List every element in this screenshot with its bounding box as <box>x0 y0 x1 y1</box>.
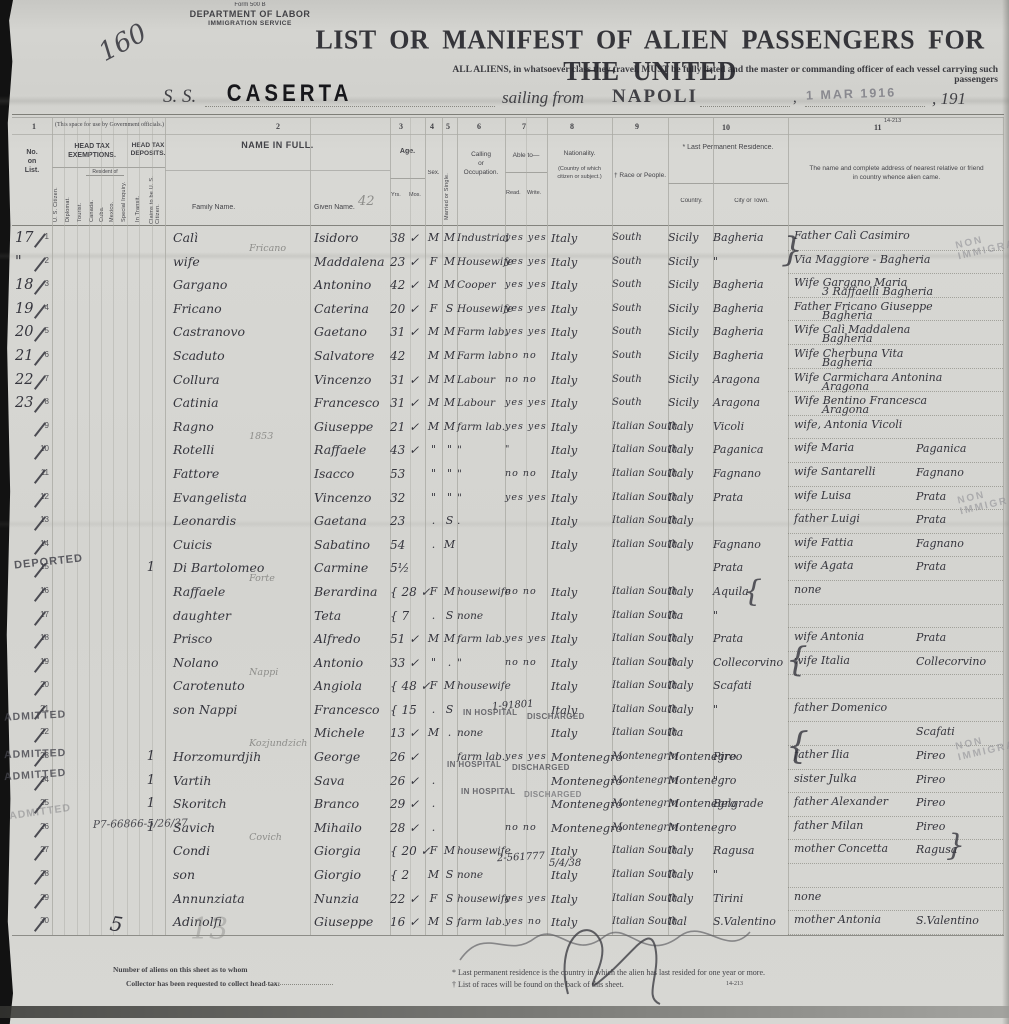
printed-line-number: 20 <box>40 680 49 689</box>
cell-read-write: yes yes <box>505 888 547 912</box>
cell-occupation: Housewife <box>457 298 505 322</box>
cell-given-name: Antonino <box>310 274 390 298</box>
cell-race: South <box>612 274 668 298</box>
cell-read-write: no no <box>505 817 547 841</box>
printed-line-number: 8 <box>45 397 49 406</box>
cell-nationality: Montenegro <box>547 817 612 841</box>
port-line <box>700 88 790 107</box>
cell-married-single: M <box>442 369 457 393</box>
cell-married-single: M <box>442 675 457 699</box>
cell-married-single <box>442 770 457 794</box>
cell-head-tax <box>52 628 165 652</box>
cell-occupation: Industrial <box>457 227 505 251</box>
cell-list-number: 12 <box>12 487 52 511</box>
cell-read-write <box>505 722 547 746</box>
pencil-scrawl <box>556 912 666 1012</box>
col-num-10: 10 <box>722 123 730 132</box>
cell-head-tax <box>52 439 165 463</box>
cell-occupation: " <box>457 439 505 463</box>
cell-sex: M <box>425 416 442 440</box>
cell-given-name: Francesco <box>310 392 390 416</box>
cell-read-write: yes yes <box>505 487 547 511</box>
cell-occupation: Farm lab. <box>457 321 505 345</box>
cell-age: 13 ✓ <box>390 722 425 746</box>
printed-line-number: 19 <box>40 657 49 666</box>
cell-race: Italian South <box>612 675 668 699</box>
col-num-6: 6 <box>477 122 481 131</box>
table-row: 22 Michele 13 ✓ M . none Italy Italian S… <box>12 722 1003 746</box>
cell-relative: mother AntoniaS.Valentino <box>788 911 1003 935</box>
header-last-residence: * Last Permanent Residence. <box>668 144 788 151</box>
cell-head-tax <box>52 227 165 251</box>
cell-head-tax <box>52 652 165 676</box>
cell-residence-country: Italy <box>668 888 713 912</box>
cell-relative: Father Fricano GiuseppeBagheria <box>788 298 1003 322</box>
cell-relative: mother ConcettaRagusa <box>788 840 1003 864</box>
in-hospital-stamp: IN HOSPITAL <box>461 787 515 796</box>
cell-nationality: Italy <box>547 369 612 393</box>
cell-age: 32 <box>390 487 425 511</box>
table-row: 19 Nolano Antonio 33 ✓ " . " no no Italy… <box>12 652 1003 676</box>
printed-line-number: 4 <box>45 303 49 312</box>
cell-residence-city: Bagheria <box>713 274 788 298</box>
cell-race: South <box>612 227 668 251</box>
cell-relative: wife, Antonia Vicoli <box>788 416 1003 440</box>
cell-occupation <box>457 793 505 817</box>
cell-sex: . <box>425 770 442 794</box>
cell-read-write: no no <box>505 652 547 676</box>
cell-list-number: 14 <box>12 534 52 558</box>
cell-family-name: Cuicis <box>165 534 310 558</box>
table-row: 183 Gargano Antonino 42 ✓ M M Cooper yes… <box>12 274 1003 298</box>
cell-age: 53 <box>390 463 425 487</box>
cell-age: 23 <box>390 510 425 534</box>
cell-race: South <box>612 345 668 369</box>
table-row: 25 1 Skoritch Branco 29 ✓ . Montenegro M… <box>12 793 1003 817</box>
rule <box>668 183 788 184</box>
cell-residence-city: Aragona <box>713 369 788 393</box>
cell-residence-city: Bagheria <box>713 298 788 322</box>
cell-list-number: 194 <box>12 298 52 322</box>
cell-sex: " <box>425 652 442 676</box>
cell-head-tax <box>52 605 165 629</box>
col-num-1: 1 <box>32 122 36 131</box>
cell-list-number: 216 <box>12 345 52 369</box>
printed-line-number: 28 <box>40 869 49 878</box>
cell-residence-country: Italy <box>668 699 713 723</box>
table-row: 205 Castranovo Gaetano 31 ✓ M M Farm lab… <box>12 321 1003 345</box>
printed-line-number: 3 <box>45 279 49 288</box>
cell-nationality: Italy <box>547 345 612 369</box>
cell-family-name: Skoritch <box>165 793 310 817</box>
footer-note-races: † List of races will be found on the bac… <box>452 980 852 989</box>
table-row: 28 son Giorgio { 2 M S none Italy Italia… <box>12 864 1003 888</box>
printed-line-number: 13 <box>40 515 49 524</box>
footer-aliens-line1: Number of aliens on this sheet as to who… <box>113 965 247 974</box>
cell-given-name: Mihailo <box>310 817 390 841</box>
footer-note-residence: * Last permanent residence is the countr… <box>452 968 942 977</box>
header-married-single: Married or Single. <box>445 152 451 220</box>
header-read: Read. <box>506 190 521 196</box>
cell-race: South <box>612 321 668 345</box>
cell-list-number: 19 <box>12 652 52 676</box>
cell-sex: . <box>425 510 442 534</box>
cell-given-name: Giuseppe <box>310 416 390 440</box>
cell-list-number: 16 <box>12 581 52 605</box>
cell-residence-country: Sicily <box>668 321 713 345</box>
cell-relative: Wife Gargano Maria3 Raffaelli Bagheria <box>788 274 1003 298</box>
table-row: 12 Evangelista Vincenzo 32 " " " yes yes… <box>12 487 1003 511</box>
cell-sex: M <box>425 345 442 369</box>
ink-date-row28: 5/4/38 <box>549 858 581 869</box>
cell-relative: wife AgataPrata <box>788 557 1003 581</box>
cell-married-single: S <box>442 864 457 888</box>
cell-race: Italian South <box>612 864 668 888</box>
cell-race: South <box>612 369 668 393</box>
cell-relative: Wife Carmichara AntoninaAragona <box>788 369 1003 393</box>
cell-age: 26 ✓ <box>390 770 425 794</box>
cell-nationality <box>547 557 612 581</box>
table-row: 23 1 HorzomurdjihKozjundzich George 26 ✓… <box>12 746 1003 770</box>
cell-race: South <box>612 392 668 416</box>
cell-family-name: Vartih <box>165 770 310 794</box>
cell-residence-country: Ita <box>668 722 713 746</box>
cell-head-tax <box>52 369 165 393</box>
header-relative-note: The name and complete address of nearest… <box>790 164 1003 182</box>
cell-married-single: S <box>442 510 457 534</box>
cell-relative: wife ItaliaCollecorvino <box>788 652 1003 676</box>
cell-residence-city: " <box>713 864 788 888</box>
header-name-in-full: NAME IN FULL. <box>165 140 390 150</box>
cell-occupation: Farm lab. <box>457 345 505 369</box>
brace-mark: } <box>946 828 965 863</box>
cell-occupation: none <box>457 722 505 746</box>
printed-line-number: 18 <box>40 633 49 642</box>
cell-sex <box>425 557 442 581</box>
pencil-count: 42 <box>358 194 375 209</box>
cell-sex: F <box>425 675 442 699</box>
cell-head-tax <box>52 345 165 369</box>
header-head-tax-deposits: HEAD TAX DEPOSITS. <box>130 142 166 158</box>
cell-list-number: 17 <box>12 605 52 629</box>
cell-head-tax <box>52 274 165 298</box>
cell-relative: father Domenico <box>788 699 1003 723</box>
cell-read-write <box>505 510 547 534</box>
cell-given-name: Isacco <box>310 463 390 487</box>
cell-given-name: Michele <box>310 722 390 746</box>
header-country: Country. <box>670 198 713 204</box>
cell-sex: M <box>425 227 442 251</box>
rule <box>52 167 165 168</box>
cell-occupation: farm lab. <box>457 628 505 652</box>
cell-age: 31 ✓ <box>390 392 425 416</box>
cell-family-name: CondiCovich <box>165 840 310 864</box>
cell-family-name: Rotelli1853 <box>165 439 310 463</box>
cell-married-single: M <box>442 628 457 652</box>
pencil-page-number: 160 <box>94 18 152 68</box>
cell-age: 23 ✓ <box>390 251 425 275</box>
cell-head-tax: 1 <box>52 770 165 794</box>
brace-mark: { <box>786 726 809 767</box>
cell-age: { 28 ✓ <box>390 581 425 605</box>
cell-race: Italian South <box>612 463 668 487</box>
cell-sex: . <box>425 534 442 558</box>
cell-residence-country: Sicily <box>668 345 713 369</box>
rule <box>12 134 1004 135</box>
cell-married-single <box>442 557 457 581</box>
cell-family-name: Evangelista <box>165 487 310 511</box>
cell-family-name: son Nappi <box>165 699 310 723</box>
cell-residence-country: Sicily <box>668 227 713 251</box>
cell-read-write: yes yes <box>505 628 547 652</box>
table-row: 14 Cuicis Sabatino 54 . M Italy Italian … <box>12 534 1003 558</box>
pencil-note: Covich <box>249 833 282 843</box>
cell-race: South <box>612 298 668 322</box>
cell-list-number: 227 <box>12 369 52 393</box>
cell-married-single <box>442 793 457 817</box>
form-department: DEPARTMENT OF LABOR <box>160 9 340 19</box>
table-row: 194 Fricano Caterina 20 ✓ F S Housewife … <box>12 298 1003 322</box>
cell-age: 33 ✓ <box>390 652 425 676</box>
cell-family-name: RaffaeleForte <box>165 581 310 605</box>
table-row: 17 daughter Teta { 7 . S none Italy Ital… <box>12 605 1003 629</box>
cell-given-name: Raffaele <box>310 439 390 463</box>
cell-read-write: yes yes <box>505 274 547 298</box>
pencil-note: Nappi <box>249 668 278 678</box>
paper-bottom-edge <box>0 1006 1009 1018</box>
cell-read-write: no no <box>505 581 547 605</box>
printed-line-number: 26 <box>40 822 49 831</box>
cell-relative: none <box>788 888 1003 912</box>
brace-mark: { <box>786 640 808 680</box>
cell-given-name: Teta <box>310 605 390 629</box>
cell-read-write <box>505 675 547 699</box>
cell-sex: M <box>425 911 442 935</box>
cell-residence-city: Tirini <box>713 888 788 912</box>
in-hospital-stamp: IN HOSPITAL <box>447 760 501 769</box>
cell-given-name: Branco <box>310 793 390 817</box>
cell-family-name: son <box>165 864 310 888</box>
cell-list-number: 22 <box>12 722 52 746</box>
cell-occupation: Labour <box>457 392 505 416</box>
cell-married-single: . <box>442 722 457 746</box>
cell-sex: M <box>425 274 442 298</box>
cell-family-name: CarotenutoNappi <box>165 675 310 699</box>
cell-race: Italian South <box>612 487 668 511</box>
header-sex: Sex. <box>424 170 443 176</box>
cell-age: { 7 <box>390 605 425 629</box>
admitted-stamp: ADMITTED <box>4 747 67 761</box>
comma: , <box>793 90 797 107</box>
printed-line-number: 6 <box>45 350 49 359</box>
cell-family-name: Scaduto <box>165 345 310 369</box>
cell-read-write <box>505 605 547 629</box>
cell-head-tax <box>52 487 165 511</box>
cell-nationality: Italy <box>547 321 612 345</box>
cell-family-name: wifeFricano <box>165 251 310 275</box>
cell-residence-country: Italy <box>668 840 713 864</box>
header-calling: Calling or Occupation. <box>457 150 505 177</box>
cell-read-write: yes yes <box>505 392 547 416</box>
cell-residence-country: Montenegro <box>668 746 713 770</box>
cell-age: 22 ✓ <box>390 888 425 912</box>
pencil-note: Kozjundzich <box>249 739 307 749</box>
cell-read-write: yes yes <box>505 298 547 322</box>
cell-occupation: Cooper <box>457 274 505 298</box>
cell-residence-city: Aragona <box>713 392 788 416</box>
cell-list-number: "2 <box>12 251 52 275</box>
cell-read-write: no no <box>505 369 547 393</box>
cell-family-name: Prisco <box>165 628 310 652</box>
cell-list-number: 205 <box>12 321 52 345</box>
cell-residence-country: Italy <box>668 534 713 558</box>
cell-married-single <box>442 817 457 841</box>
plate-number-bottom: 14-213 <box>726 981 743 987</box>
cell-head-tax <box>52 510 165 534</box>
cell-given-name: Gaetana <box>310 510 390 534</box>
col-num-3: 3 <box>399 122 403 131</box>
cell-family-name: Gargano <box>165 274 310 298</box>
cell-head-tax <box>52 888 165 912</box>
cell-race: Italian South <box>612 628 668 652</box>
cell-sex: M <box>425 321 442 345</box>
cell-age: 38 ✓ <box>390 227 425 251</box>
cell-head-tax <box>52 864 165 888</box>
cell-occupation: none <box>457 864 505 888</box>
cell-sex: " <box>425 463 442 487</box>
cell-nationality: Italy <box>547 439 612 463</box>
cell-list-number: 27 <box>12 840 52 864</box>
cell-married-single: . <box>442 652 457 676</box>
cell-relative: wife FattiaFagnano <box>788 534 1003 558</box>
cell-residence-city: " <box>713 770 788 794</box>
cell-family-name: Collura <box>165 369 310 393</box>
cell-residence-city: Belgrade <box>713 793 788 817</box>
cell-occupation: " <box>457 487 505 511</box>
cell-married-single: S <box>442 605 457 629</box>
cell-head-tax <box>52 699 165 723</box>
cell-married-single: M <box>442 840 457 864</box>
cell-race: Montenegrin <box>612 817 668 841</box>
cell-sex: F <box>425 581 442 605</box>
cell-given-name: Gaetano <box>310 321 390 345</box>
printed-line-number: 2 <box>45 256 49 265</box>
cell-residence-city: Bagheria <box>713 321 788 345</box>
cell-residence-country: Italy <box>668 510 713 534</box>
cell-relative: wife SantarelliFagnano <box>788 463 1003 487</box>
cell-occupation: . <box>457 510 505 534</box>
cell-occupation <box>457 557 505 581</box>
cell-residence-country: Italy <box>668 416 713 440</box>
header-tourist: Tourist. <box>78 172 84 222</box>
cell-family-name: Adinolfi <box>165 911 310 935</box>
cell-residence-country <box>668 557 713 581</box>
cell-nationality: Italy <box>547 487 612 511</box>
cell-family-name: Ragno <box>165 416 310 440</box>
cell-given-name: Vincenzo <box>310 487 390 511</box>
cell-nationality: Italy <box>547 510 612 534</box>
cell-relative: wife MariaPaganica <box>788 439 1003 463</box>
sailing-from-label: sailing from <box>502 88 584 108</box>
cell-occupation: housewife <box>457 888 505 912</box>
cell-nationality: Italy <box>547 392 612 416</box>
cell-age: 43 ✓ <box>390 439 425 463</box>
printed-line-number: 5 <box>45 326 49 335</box>
cell-residence-city: Pireo <box>713 746 788 770</box>
printed-line-number: 10 <box>40 444 49 453</box>
cell-residence-city: Collecorvino <box>713 652 788 676</box>
cell-age: { 2 <box>390 864 425 888</box>
cell-occupation: housewife <box>457 675 505 699</box>
cell-relative: wife AntoniaPrata <box>788 628 1003 652</box>
cell-sex: . <box>425 793 442 817</box>
cell-married-single: M <box>442 416 457 440</box>
cell-race: Montenegrin <box>612 793 668 817</box>
cell-family-name: Catinia <box>165 392 310 416</box>
cell-residence-country: Italy <box>668 864 713 888</box>
printed-line-number: 1 <box>45 232 49 241</box>
cell-married-single: " <box>442 487 457 511</box>
printed-line-number: 17 <box>40 610 49 619</box>
cell-residence-city: Vicoli <box>713 416 788 440</box>
cell-given-name: Francesco <box>310 699 390 723</box>
cell-head-tax <box>52 251 165 275</box>
port-name: NAPOLI <box>612 86 698 108</box>
cell-race: Italian South <box>612 510 668 534</box>
cell-married-single: M <box>442 581 457 605</box>
cell-nationality: Italy <box>547 227 612 251</box>
cell-relative <box>788 605 1003 629</box>
cell-nationality: Italy <box>547 298 612 322</box>
cell-relative: father MilanPireo <box>788 817 1003 841</box>
table-row: 9 Ragno Giuseppe 21 ✓ M M farm lab. yes … <box>12 416 1003 440</box>
cell-given-name: Giuseppe <box>310 911 390 935</box>
cell-residence-city <box>713 510 788 534</box>
cell-given-name: Maddalena <box>310 251 390 275</box>
cell-race: Italian South <box>612 722 668 746</box>
table-row: 216 Scaduto Salvatore 42 M M Farm lab. n… <box>12 345 1003 369</box>
cell-sex: M <box>425 864 442 888</box>
cell-race: Montenegrin <box>612 746 668 770</box>
cell-given-name: Giorgio <box>310 864 390 888</box>
cell-residence-country: Montenegro <box>668 817 713 841</box>
header-write: Write. <box>527 190 541 196</box>
cell-married-single: M <box>442 345 457 369</box>
cell-residence-city: Scafati <box>713 675 788 699</box>
rule <box>12 225 1004 226</box>
pencil-reference-number: P7-66866-5/26/37 <box>93 817 188 831</box>
cell-nationality: Italy <box>547 416 612 440</box>
cell-age: 5½ <box>390 557 425 581</box>
cell-residence-country: Montenegro <box>668 793 713 817</box>
cell-relative: none <box>788 581 1003 605</box>
cell-occupation: " <box>457 652 505 676</box>
cell-family-name: Annunziata <box>165 888 310 912</box>
cell-age: 21 ✓ <box>390 416 425 440</box>
cell-given-name: Vincenzo <box>310 369 390 393</box>
cell-read-write: " <box>505 439 547 463</box>
cell-list-number: 11 <box>12 463 52 487</box>
discharged-stamp: DISCHARGED <box>512 763 570 772</box>
cell-residence-city: Prata <box>713 628 788 652</box>
cell-married-single: M <box>442 251 457 275</box>
cell-residence-country: Italy <box>668 652 713 676</box>
ship-name-stamp: CASERTA <box>227 81 353 108</box>
cell-married-single: M <box>442 392 457 416</box>
cell-age: 16 ✓ <box>390 911 425 935</box>
cell-married-single: S <box>442 298 457 322</box>
table-row: 20 CarotenutoNappi Angiola { 48 ✓ F M ho… <box>12 675 1003 699</box>
